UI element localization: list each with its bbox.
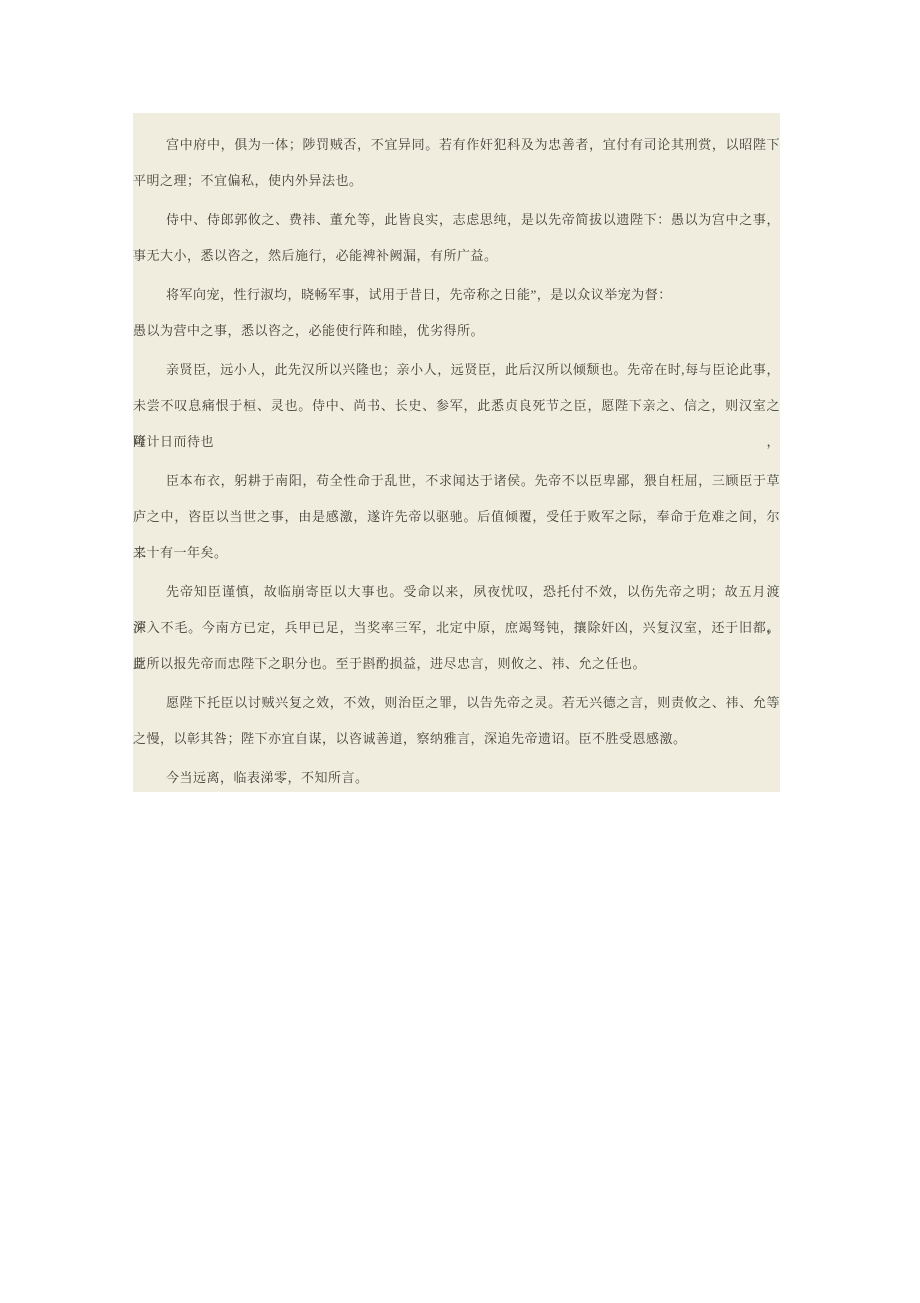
paragraph: 侍中、侍郎郭攸之、费祎、董允等，此皆良实，志虑思纯，是以先帝简拔以遗陛下：愚以为… — [133, 202, 780, 274]
paragraph: 将军向宠，性行淑均，晓畅军事，试用于昔日，先帝称之日能”，是以众议举宠为督：愚以… — [133, 277, 780, 349]
text-line: 未尝不叹息痛恨于桓、灵也。侍中、尚书、长史、参军，此悉贞良死节之臣，愿陛下亲之、… — [133, 388, 780, 424]
text-line: 将军向宠，性行淑均，晓畅军事，试用于昔日，先帝称之日能”，是以众议举宠为督： — [133, 277, 780, 313]
text-line: 侍中、侍郎郭攸之、费祎、董允等，此皆良实，志虑思纯，是以先帝简拔以遗陛下：愚以为… — [133, 202, 780, 238]
document-page: 宫中府中，俱为一体；陟罚贼否，不宜异同。若有作奸犯科及为忠善者，宜付有司论其刑赏… — [0, 0, 920, 1303]
text-line: 臣所以报先帝而忠陛下之职分也。至于斟酌损益，进尽忠言，则攸之、祎、允之任也。 — [133, 646, 780, 682]
text-line: 臣本布衣，躬耕于南阳，苟全性命于乱世，不求闻达于诸侯。先帝不以臣卑鄙，猥自枉屈，… — [133, 463, 780, 499]
text-line: 愚以为营中之事，悉以咨之，必能使行阵和睦，优劣得所。 — [133, 313, 780, 349]
text-line: 事无大小，悉以咨之，然后施行，必能裨补阙漏，有所广益。 — [133, 238, 780, 274]
text-panel: 宫中府中，俱为一体；陟罚贼否，不宜异同。若有作奸犯科及为忠善者，宜付有司论其刑赏… — [133, 113, 780, 792]
text-line: 之慢，以彰其咎；陛下亦宜自谋，以咨诚善道，察纳雅言，深追先帝遗诏。臣不胜受恩感激… — [133, 721, 780, 757]
text-line: 愿陛下托臣以讨贼兴复之效，不效，则治臣之罪，以告先帝之灵。若无兴德之言，则责攸之… — [133, 685, 780, 721]
text-line: 亲贤臣，远小人，此先汉所以兴隆也；亲小人，远贤臣，此后汉所以倾颓也。先帝在时,每… — [133, 352, 780, 388]
text-line: 深入不毛。今南方已定，兵甲已足，当奖率三军，北定中原，庶竭驽钝，攘除奸凶，兴复汉… — [133, 610, 780, 646]
paragraph: 宫中府中，俱为一体；陟罚贼否，不宜异同。若有作奸犯科及为忠善者，宜付有司论其刑赏… — [133, 127, 780, 199]
paragraph: 愿陛下托臣以讨贼兴复之效，不效，则治臣之罪，以告先帝之灵。若无兴德之言，则责攸之… — [133, 685, 780, 757]
paragraph: 今当远离，临表涕零，不知所言。 — [133, 760, 780, 796]
text-line: 平明之理；不宜偏私，使内外异法也。 — [133, 163, 780, 199]
paragraph: 先帝知臣谨慎，故临崩寄臣以大事也。受命以来，夙夜忧叹，恐托付不效，以伤先帝之明；… — [133, 574, 780, 682]
text-line: 二十有一年矣。 — [133, 535, 780, 571]
text-line: 庐之中，咨臣以当世之事，由是感激，遂许先帝以驱驰。后值倾覆，受任于败军之际，奉命… — [133, 499, 780, 535]
paragraph: 臣本布衣，躬耕于南阳，苟全性命于乱世，不求闻达于诸侯。先帝不以臣卑鄙，猥自枉屈，… — [133, 463, 780, 571]
text-line: 今当远离，临表涕零，不知所言。 — [133, 760, 780, 796]
text-line: 宫中府中，俱为一体；陟罚贼否，不宜异同。若有作奸犯科及为忠善者，宜付有司论其刑赏… — [133, 127, 780, 163]
text-line: 先帝知臣谨慎，故临崩寄臣以大事也。受命以来，夙夜忧叹，恐托付不效，以伤先帝之明；… — [133, 574, 780, 610]
paragraph: 亲贤臣，远小人，此先汉所以兴隆也；亲小人，远贤臣，此后汉所以倾颓也。先帝在时,每… — [133, 352, 780, 460]
